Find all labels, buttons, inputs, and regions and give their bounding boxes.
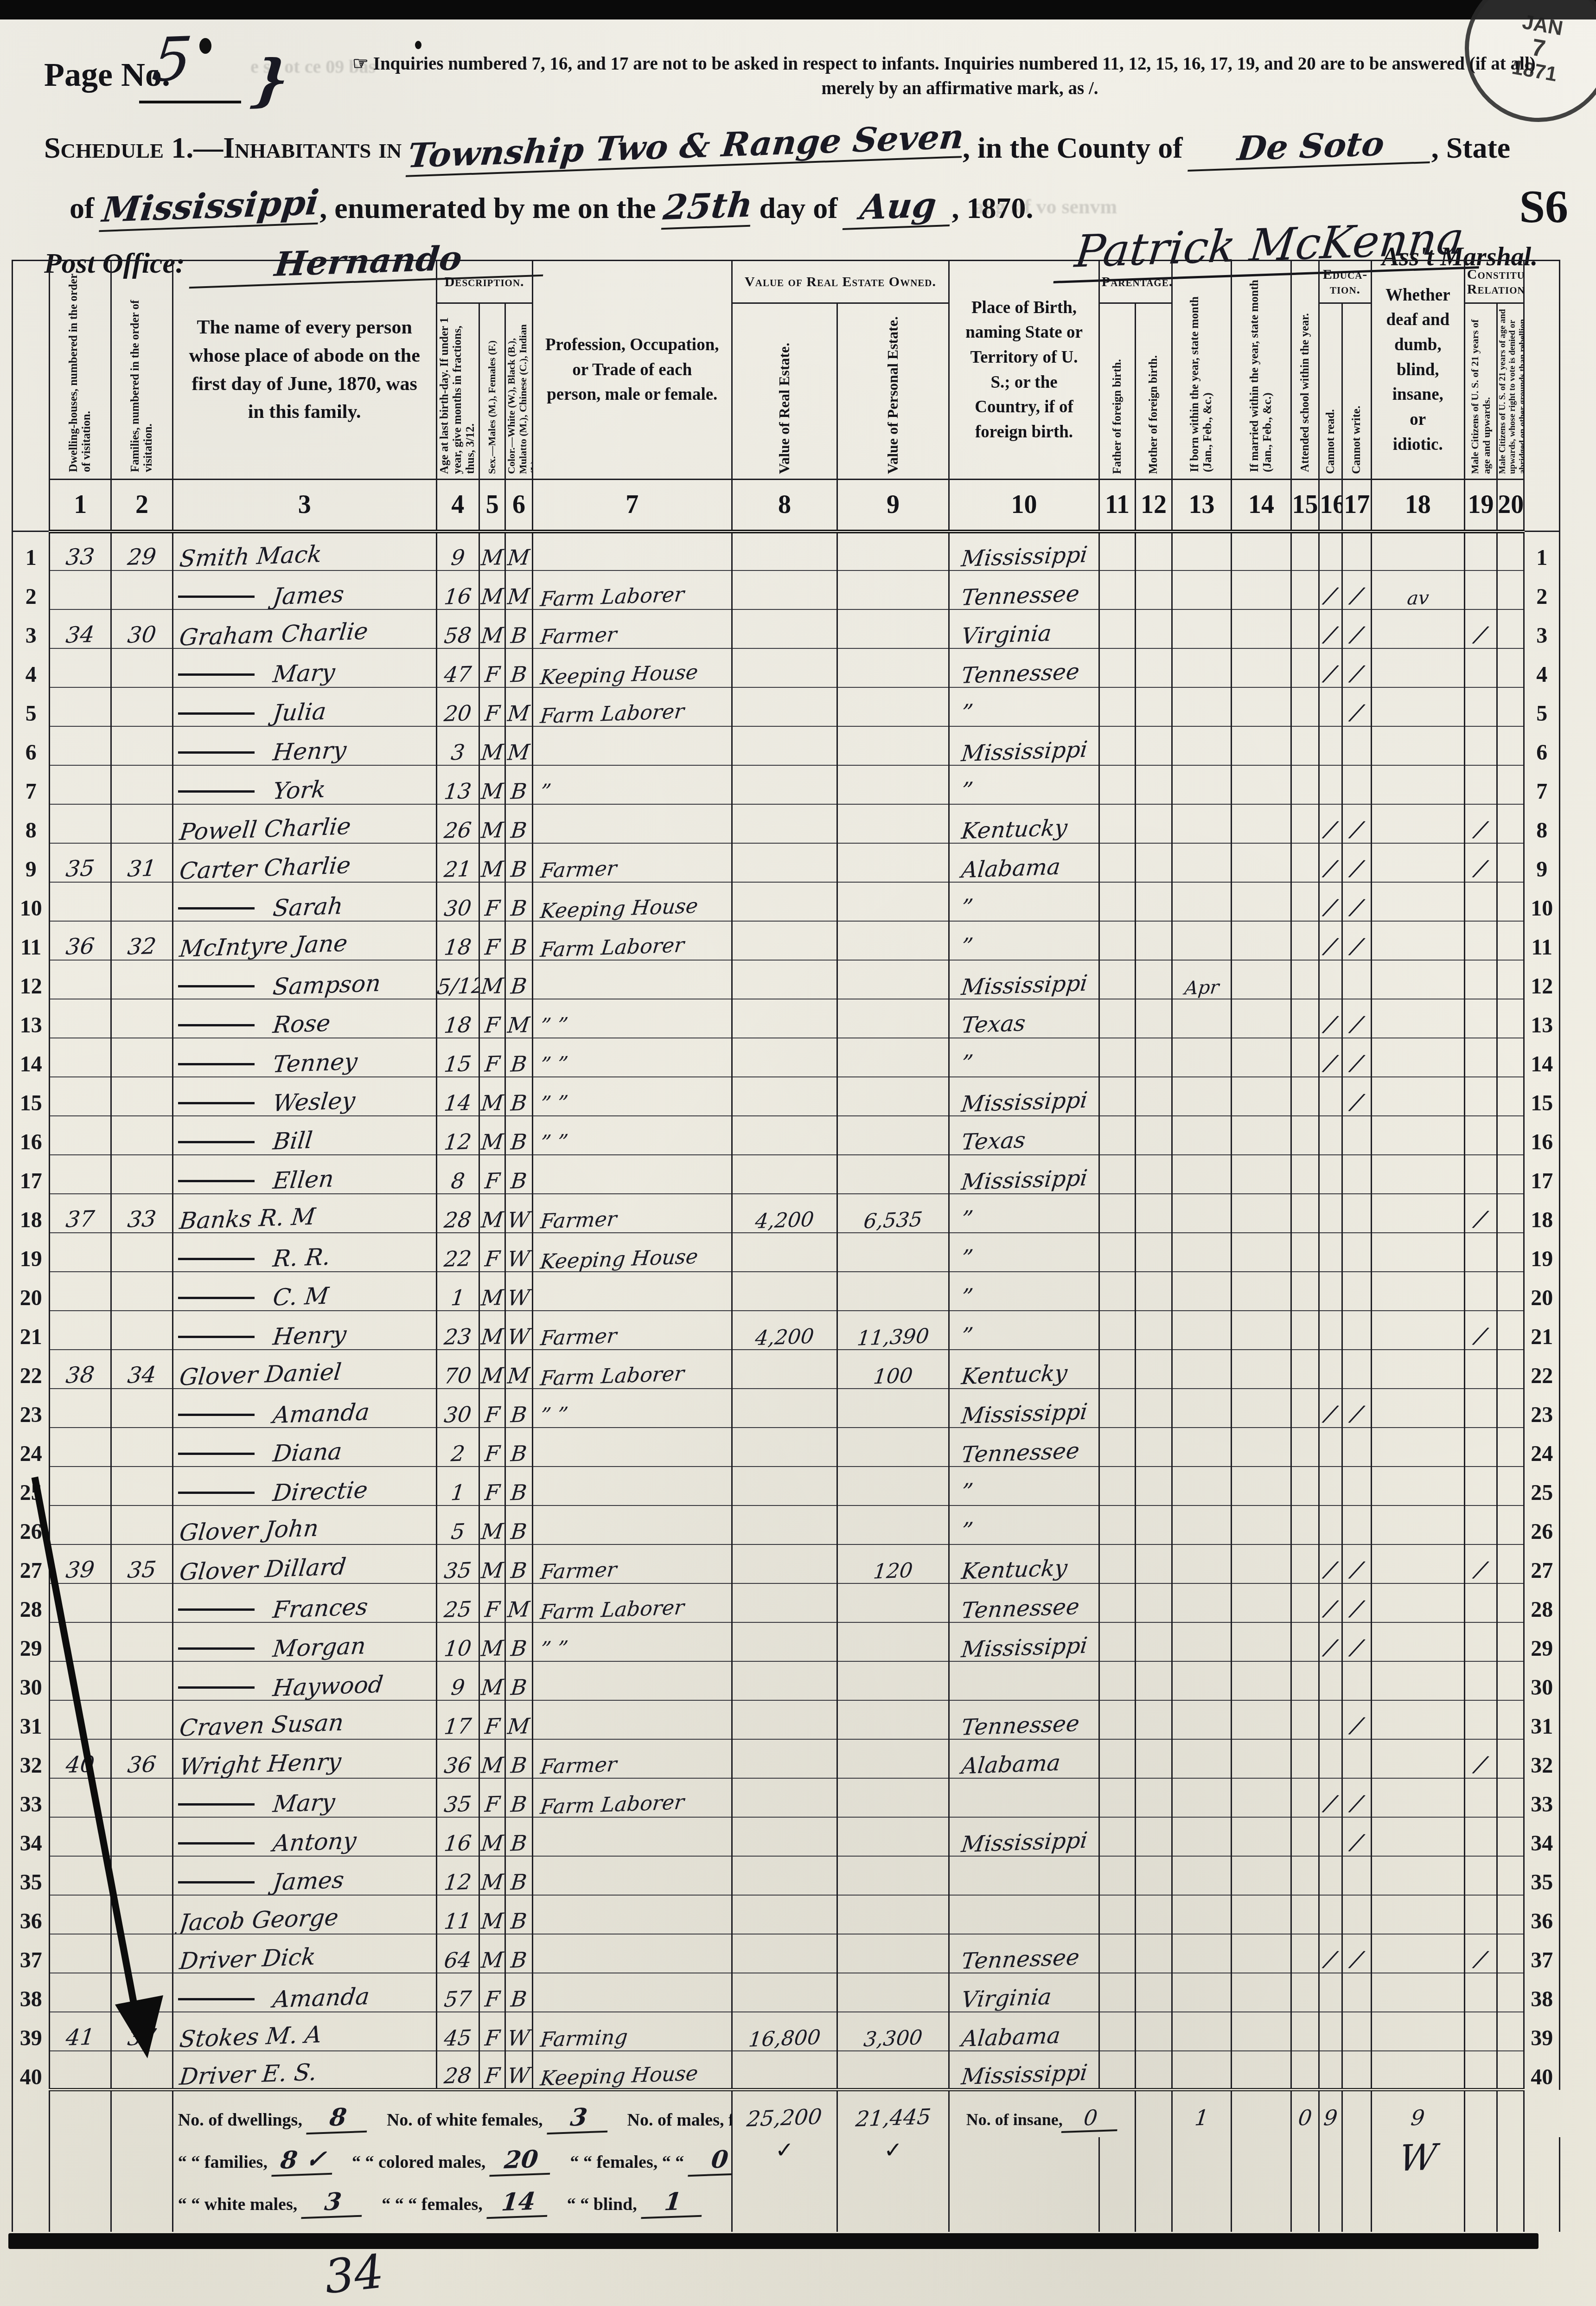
dwelling-number: 33 bbox=[50, 543, 111, 570]
sex-value: M bbox=[480, 1129, 504, 1155]
person-name: Ellen bbox=[265, 1165, 335, 1194]
mark-cell-c17: / bbox=[1342, 921, 1371, 960]
affirmative-tick: / bbox=[1473, 1750, 1489, 1777]
color-value: B bbox=[510, 622, 528, 648]
col-header-father-foreign: Father of foreign birth. bbox=[1099, 303, 1135, 480]
mark-cell-c16 bbox=[1319, 1856, 1342, 1895]
mark-cell-c13 bbox=[1172, 1895, 1232, 1934]
mark-cell-c14 bbox=[1232, 609, 1291, 648]
form-code: S6 bbox=[1519, 179, 1568, 233]
age-cell: 21 bbox=[436, 843, 479, 882]
col-header-deaf-dumb: Whether deaf and dumb, blind, insane, or… bbox=[1371, 261, 1464, 480]
mark-cell-c19 bbox=[1464, 1116, 1497, 1155]
check-mark: ✓ bbox=[775, 2137, 794, 2163]
family-number-cell bbox=[111, 765, 173, 804]
affirmative-tick: / bbox=[1349, 1945, 1365, 1972]
birthplace-cell: ” bbox=[949, 921, 1099, 960]
row-number-left: 16 bbox=[13, 1116, 50, 1155]
color-cell: B bbox=[505, 1895, 532, 1934]
row-number-right: 18 bbox=[1524, 1194, 1560, 1233]
color-cell: B bbox=[505, 1817, 532, 1856]
mark-cell-c15 bbox=[1291, 999, 1319, 1038]
mark-cell-c11 bbox=[1099, 609, 1135, 648]
birthplace-cell: Mississippi bbox=[949, 1817, 1099, 1856]
person-name: Haywood bbox=[265, 1671, 384, 1700]
footer-mark: 1 bbox=[1194, 2105, 1210, 2131]
table-row: 13329Smith Mack9MMMississippi1 bbox=[13, 532, 1560, 570]
mark-cell-c13 bbox=[1172, 687, 1232, 726]
mark-cell-c20 bbox=[1497, 1350, 1524, 1389]
age-cell: 26 bbox=[436, 804, 479, 843]
column-number: 3 bbox=[172, 480, 436, 532]
color-value: B bbox=[510, 1752, 528, 1778]
personal-estate-cell: 6,535 bbox=[837, 1194, 949, 1233]
mark-cell-c14 bbox=[1232, 1077, 1291, 1116]
color-cell: B bbox=[505, 648, 532, 687]
mark-cell-c12 bbox=[1136, 1973, 1172, 2012]
family-number-cell bbox=[111, 1077, 173, 1116]
color-value: B bbox=[510, 1830, 528, 1856]
dwelling-number-cell bbox=[50, 1661, 111, 1700]
mark-cell-c16 bbox=[1319, 1739, 1342, 1778]
mark-cell-c18 bbox=[1371, 609, 1464, 648]
person-name: Powell Charlie bbox=[172, 813, 352, 843]
mark-cell-c18 bbox=[1371, 1622, 1464, 1661]
sex-value: F bbox=[484, 2063, 501, 2088]
occupation-cell: Farmer bbox=[532, 1311, 732, 1350]
mark-cell-c11 bbox=[1099, 960, 1135, 999]
row-number-right: 33 bbox=[1524, 1778, 1560, 1817]
mark-cell-c12 bbox=[1136, 1155, 1172, 1194]
color-value: B bbox=[510, 1908, 528, 1934]
summary-label: “ “ white males, bbox=[178, 2195, 298, 2214]
birthplace-cell: Tennessee bbox=[949, 1700, 1099, 1739]
column-number: 19 bbox=[1464, 480, 1497, 532]
color-value: W bbox=[506, 2063, 531, 2088]
age-value: 3 bbox=[450, 739, 466, 765]
table-row: 19R. R.22FWKeeping House”19 bbox=[13, 1233, 1560, 1272]
occupation-value: Farmer bbox=[532, 1207, 618, 1232]
mark-cell-c17 bbox=[1342, 1194, 1371, 1233]
sex-cell: M bbox=[479, 609, 505, 648]
mark-cell-c19 bbox=[1464, 1856, 1497, 1895]
mark-cell-c12 bbox=[1136, 1544, 1172, 1583]
birthplace-cell: Virginia bbox=[949, 609, 1099, 648]
occupation-cell: ” ” bbox=[532, 999, 732, 1038]
color-cell: B bbox=[505, 1973, 532, 2012]
color-value: M bbox=[507, 1596, 531, 1622]
summary-label: “ “ females, “ “ bbox=[570, 2152, 684, 2172]
footer-blank bbox=[1172, 2137, 1232, 2184]
mark-cell-c20 bbox=[1497, 609, 1524, 648]
sex-cell: F bbox=[479, 687, 505, 726]
sex-value: F bbox=[484, 1596, 501, 1622]
dwelling-number: 41 bbox=[50, 2023, 111, 2050]
row-number-left: 30 bbox=[13, 1661, 50, 1700]
birthplace-cell: Mississippi bbox=[949, 1077, 1099, 1116]
mark-cell-c12 bbox=[1136, 1895, 1172, 1934]
person-name: Glover John bbox=[172, 1514, 319, 1544]
family-number-cell bbox=[111, 1583, 173, 1622]
age-value: 47 bbox=[443, 661, 472, 687]
age-value: 23 bbox=[443, 1323, 472, 1349]
mark-cell-c20 bbox=[1497, 921, 1524, 960]
mark-cell-c18 bbox=[1371, 1661, 1464, 1700]
sex-cell: F bbox=[479, 1428, 505, 1467]
footer-scribble: W bbox=[1397, 2137, 1439, 2179]
family-ditto-dash bbox=[178, 1842, 255, 1845]
group-education: Educa-tion. bbox=[1319, 261, 1372, 303]
family-ditto-dash bbox=[178, 1608, 255, 1611]
color-cell: B bbox=[505, 1116, 532, 1155]
mark-cell-c16: / bbox=[1319, 648, 1342, 687]
footer-blank bbox=[1136, 2137, 1172, 2184]
mark-cell-c20 bbox=[1497, 648, 1524, 687]
row-number-right: 12 bbox=[1524, 960, 1560, 999]
birthplace-cell: Mississippi bbox=[949, 726, 1099, 765]
birthplace-cell: Kentucky bbox=[949, 1544, 1099, 1583]
row-number-left: 37 bbox=[13, 1934, 50, 1973]
birthplace-cell: ” bbox=[949, 882, 1099, 921]
name-cell: Julia bbox=[172, 687, 436, 726]
column-number: 16 bbox=[1319, 480, 1342, 532]
person-name: Amanda bbox=[265, 1398, 370, 1428]
mark-cell-c11 bbox=[1099, 1895, 1135, 1934]
handwritten-mark: av bbox=[1406, 587, 1430, 609]
row-number-left: 36 bbox=[13, 1895, 50, 1934]
mark-cell-c11 bbox=[1099, 570, 1135, 609]
row-number-left: 33 bbox=[13, 1778, 50, 1817]
dwelling-number-cell bbox=[50, 765, 111, 804]
mark-cell-c14 bbox=[1232, 765, 1291, 804]
mark-cell-c19 bbox=[1464, 570, 1497, 609]
mark-cell-c13 bbox=[1172, 1973, 1232, 2012]
mark-cell-c18 bbox=[1371, 1272, 1464, 1311]
color-cell: B bbox=[505, 1077, 532, 1116]
table-row: 25Directie1FB”25 bbox=[13, 1467, 1560, 1505]
age-cell: 58 bbox=[436, 609, 479, 648]
col-header-sex: Sex.—Males (M.), Females (F.) bbox=[479, 303, 505, 480]
mark-cell-c14 bbox=[1232, 1973, 1291, 2012]
footer-blank bbox=[1291, 2184, 1319, 2232]
personal-estate-value: 120 bbox=[872, 1558, 914, 1583]
age-value: 16 bbox=[443, 1830, 472, 1856]
sex-value: M bbox=[480, 622, 504, 648]
footer-blank bbox=[1291, 2137, 1319, 2184]
mark-cell-c18 bbox=[1371, 804, 1464, 843]
mark-cell-c14 bbox=[1232, 921, 1291, 960]
mark-cell-c19: / bbox=[1464, 609, 1497, 648]
birthplace-cell: Virginia bbox=[949, 1973, 1099, 2012]
dwelling-number-cell bbox=[50, 687, 111, 726]
mark-cell-c11 bbox=[1099, 1856, 1135, 1895]
mark-cell-c15 bbox=[1291, 687, 1319, 726]
birthplace-value: Virginia bbox=[949, 1984, 1053, 2012]
mark-cell-c17: / bbox=[1342, 1934, 1371, 1973]
mark-cell-c14 bbox=[1232, 687, 1291, 726]
name-cell: Wright Henry bbox=[172, 1739, 436, 1778]
affirmative-tick: / bbox=[1473, 1556, 1489, 1582]
col-header-married-month: If married within the year, state month … bbox=[1232, 261, 1291, 480]
age-value: 5 bbox=[450, 1518, 466, 1544]
mark-cell-c11 bbox=[1099, 726, 1135, 765]
mark-cell-c13 bbox=[1172, 804, 1232, 843]
color-value: B bbox=[510, 1557, 528, 1583]
dwelling-number: 39 bbox=[50, 1556, 111, 1583]
person-name: Carter Charlie bbox=[172, 852, 352, 882]
row-number-left: 25 bbox=[13, 1467, 50, 1505]
real-estate-cell: 4,200 bbox=[732, 1194, 837, 1233]
occupation-value: ” ” bbox=[532, 1052, 569, 1076]
color-cell: B bbox=[505, 882, 532, 921]
age-cell: 45 bbox=[436, 2012, 479, 2051]
dwelling-number-cell: 37 bbox=[50, 1194, 111, 1233]
row-number-right: 13 bbox=[1524, 999, 1560, 1038]
family-number: 35 bbox=[111, 1556, 173, 1583]
affirmative-tick: / bbox=[1322, 1556, 1339, 1582]
age-cell: 35 bbox=[436, 1544, 479, 1583]
affirmative-tick: / bbox=[1349, 1556, 1365, 1582]
col-header-families: Families, numbered in the order of visit… bbox=[111, 261, 173, 480]
family-ditto-dash bbox=[178, 1881, 255, 1883]
birthplace-value: ” bbox=[949, 894, 975, 921]
mark-cell-c19 bbox=[1464, 1272, 1497, 1311]
color-cell: B bbox=[505, 1661, 532, 1700]
table-row: 15Wesley14MB” ”Mississippi/15 bbox=[13, 1077, 1560, 1116]
color-value: W bbox=[506, 2025, 531, 2051]
dwelling-number-cell bbox=[50, 570, 111, 609]
personal-estate-cell bbox=[837, 1505, 949, 1544]
age-cell: 3 bbox=[436, 726, 479, 765]
footer-blank bbox=[1319, 2184, 1342, 2232]
row-number-right: 34 bbox=[1524, 1817, 1560, 1856]
mark-cell-c20 bbox=[1497, 2012, 1524, 2051]
name-cell: Henry bbox=[172, 726, 436, 765]
occupation-cell bbox=[532, 726, 732, 765]
birthplace-value: ” bbox=[949, 1206, 975, 1233]
family-number: 29 bbox=[111, 543, 173, 570]
mark-cell-c17: / bbox=[1342, 609, 1371, 648]
mark-cell-c15 bbox=[1291, 1505, 1319, 1544]
person-name: Glover Dillard bbox=[172, 1553, 347, 1583]
real-estate-cell bbox=[732, 1116, 837, 1155]
table-row: 273935Glover Dillard35MBFarmer120Kentuck… bbox=[13, 1544, 1560, 1583]
sex-cell: F bbox=[479, 1389, 505, 1428]
affirmative-tick: / bbox=[1322, 932, 1339, 959]
mark-cell-c16: / bbox=[1319, 843, 1342, 882]
real-estate-cell bbox=[732, 1622, 837, 1661]
table-row: 5Julia20FMFarm Laborer”/5 bbox=[13, 687, 1560, 726]
mark-cell-c19: / bbox=[1464, 1194, 1497, 1233]
mark-cell-c20 bbox=[1497, 1583, 1524, 1622]
mark-cell-c20 bbox=[1497, 1934, 1524, 1973]
affirmative-tick: / bbox=[1322, 893, 1339, 920]
sex-value: M bbox=[480, 1869, 504, 1895]
mark-cell-c15 bbox=[1291, 1350, 1319, 1389]
mark-cell-c14 bbox=[1232, 1895, 1291, 1934]
row-number-left: 31 bbox=[13, 1700, 50, 1739]
person-name: Mary bbox=[265, 1788, 336, 1817]
color-cell: W bbox=[505, 2051, 532, 2090]
sex-value: M bbox=[480, 973, 504, 999]
birthplace-cell: Mississippi bbox=[949, 2051, 1099, 2090]
mark-cell-c11 bbox=[1099, 804, 1135, 843]
summary-line: No. of dwellings,8No. of white females,3… bbox=[178, 2103, 731, 2133]
affirmative-tick: / bbox=[1473, 1205, 1489, 1232]
footer-blank bbox=[111, 2090, 173, 2232]
family-number-cell bbox=[111, 882, 173, 921]
birthplace-value: Alabama bbox=[949, 853, 1062, 882]
color-cell: B bbox=[505, 960, 532, 999]
mark-cell-c13 bbox=[1172, 570, 1232, 609]
dwelling-number-cell bbox=[50, 648, 111, 687]
mark-cell-c13 bbox=[1172, 1116, 1232, 1155]
age-value: 2 bbox=[450, 1441, 466, 1466]
mark-cell-c16 bbox=[1319, 1895, 1342, 1934]
mark-cell-c13 bbox=[1172, 726, 1232, 765]
col-header-male-citizens-denied: Male Citizens of U. S. of 21 years of ag… bbox=[1497, 303, 1524, 480]
mark-cell-c11 bbox=[1099, 1233, 1135, 1272]
mark-cell-c17 bbox=[1342, 2012, 1371, 2051]
name-cell: Amanda bbox=[172, 1973, 436, 2012]
mark-cell-c13 bbox=[1172, 1077, 1232, 1116]
col-header-cannot-write: Cannot write. bbox=[1342, 303, 1371, 480]
color-value: B bbox=[510, 1635, 528, 1661]
mark-cell-c20 bbox=[1497, 1428, 1524, 1467]
person-name: Wright Henry bbox=[172, 1748, 342, 1778]
color-value: B bbox=[510, 1441, 528, 1466]
birthplace-value: Tennessee bbox=[949, 659, 1081, 687]
sex-cell: F bbox=[479, 999, 505, 1038]
mark-cell-c14 bbox=[1232, 1661, 1291, 1700]
mark-cell-c13: Apr bbox=[1172, 960, 1232, 999]
affirmative-tick: / bbox=[1349, 698, 1365, 725]
age-cell: 11 bbox=[436, 1895, 479, 1934]
dwelling-number-cell: 36 bbox=[50, 921, 111, 960]
mark-cell-c20 bbox=[1497, 1116, 1524, 1155]
family-number-cell: 32 bbox=[111, 921, 173, 960]
mark-cell-c20 bbox=[1497, 1467, 1524, 1505]
personal-estate-cell bbox=[837, 1778, 949, 1817]
birthplace-value: Mississippi bbox=[949, 1398, 1089, 1427]
age-cell: 28 bbox=[436, 2051, 479, 2090]
column-number: 5 bbox=[479, 480, 505, 532]
color-cell: M bbox=[505, 1583, 532, 1622]
col-header-born-month: If born within the year, state month (Ja… bbox=[1172, 261, 1232, 480]
occupation-value: Farm Laborer bbox=[532, 1790, 685, 1817]
real-estate-cell bbox=[732, 999, 837, 1038]
birthplace-cell: Alabama bbox=[949, 2012, 1099, 2051]
birthplace-cell: ” bbox=[949, 1233, 1099, 1272]
mark-cell-c14 bbox=[1232, 2012, 1291, 2051]
name-cell: Smith Mack bbox=[172, 532, 436, 570]
age-cell: 28 bbox=[436, 1194, 479, 1233]
row-number-right: 30 bbox=[1524, 1661, 1560, 1700]
mark-cell-c18 bbox=[1371, 2051, 1464, 2090]
occupation-cell bbox=[532, 1505, 732, 1544]
mark-cell-c18 bbox=[1371, 1077, 1464, 1116]
sex-cell: F bbox=[479, 1038, 505, 1077]
col-header-cannot-read: Cannot read. bbox=[1319, 303, 1342, 480]
color-value: B bbox=[510, 1168, 528, 1193]
mark-cell-c15 bbox=[1291, 1700, 1319, 1739]
dwelling-number-cell bbox=[50, 1583, 111, 1622]
group-value-owned: Value of Real Estate Owned. bbox=[732, 261, 949, 303]
mark-cell-c16: / bbox=[1319, 999, 1342, 1038]
color-cell: B bbox=[505, 1505, 532, 1544]
name-cell: Antony bbox=[172, 1817, 436, 1856]
real-estate-cell bbox=[732, 1973, 837, 2012]
person-name: James bbox=[265, 581, 345, 609]
affirmative-tick: / bbox=[1349, 582, 1365, 609]
family-number-cell bbox=[111, 1389, 173, 1428]
mark-cell-c12 bbox=[1136, 2051, 1172, 2090]
mark-cell-c16: / bbox=[1319, 1622, 1342, 1661]
real-estate-cell: 16,800 bbox=[732, 2012, 837, 2051]
page-no-underline bbox=[139, 101, 241, 103]
occupation-cell: Farm Laborer bbox=[532, 570, 732, 609]
mark-cell-c14 bbox=[1232, 1778, 1291, 1817]
summary-label: “ “ “ females, bbox=[382, 2195, 482, 2214]
footer-mark-cell: 1 bbox=[1172, 2090, 1232, 2137]
mark-cell-c17: / bbox=[1342, 804, 1371, 843]
age-value: 28 bbox=[443, 1206, 472, 1232]
affirmative-tick: / bbox=[1473, 854, 1489, 881]
age-value: 18 bbox=[443, 1012, 472, 1038]
mark-cell-c19 bbox=[1464, 1233, 1497, 1272]
mark-cell-c15 bbox=[1291, 1272, 1319, 1311]
occupation-value: Farm Laborer bbox=[532, 933, 685, 960]
birthplace-value: Kentucky bbox=[949, 1555, 1069, 1583]
sex-value: M bbox=[480, 1324, 504, 1350]
family-number: 36 bbox=[111, 1750, 173, 1778]
person-name: Glover Daniel bbox=[172, 1358, 343, 1388]
sex-value: M bbox=[480, 1674, 504, 1700]
col-header-mother-foreign: Mother of foreign birth. bbox=[1136, 303, 1172, 480]
color-cell: W bbox=[505, 1272, 532, 1311]
family-ditto-dash bbox=[178, 1453, 255, 1455]
birthplace-value: Alabama bbox=[949, 2022, 1062, 2050]
mark-cell-c16: / bbox=[1319, 1934, 1342, 1973]
dwelling-number-cell bbox=[50, 726, 111, 765]
occupation-value: ” ” bbox=[532, 1403, 569, 1427]
color-value: B bbox=[510, 934, 528, 960]
occupation-cell bbox=[532, 960, 732, 999]
sex-value: F bbox=[484, 895, 501, 921]
mark-cell-c20 bbox=[1497, 1077, 1524, 1116]
occupation-cell bbox=[532, 1467, 732, 1505]
footer-mark-cell bbox=[1232, 2090, 1291, 2137]
color-value: M bbox=[507, 700, 531, 726]
mark-cell-c13 bbox=[1172, 1505, 1232, 1544]
mark-cell-c17 bbox=[1342, 1116, 1371, 1155]
family-number: 32 bbox=[111, 932, 173, 960]
footer-blank bbox=[1319, 2137, 1342, 2184]
family-ditto-dash bbox=[178, 985, 255, 987]
mark-cell-c18 bbox=[1371, 1389, 1464, 1428]
mark-cell-c17 bbox=[1342, 1895, 1371, 1934]
mark-cell-c20 bbox=[1497, 570, 1524, 609]
row-number-left: 13 bbox=[13, 999, 50, 1038]
color-cell: B bbox=[505, 1155, 532, 1194]
mark-cell-c16: / bbox=[1319, 1544, 1342, 1583]
mark-cell-c20 bbox=[1497, 1544, 1524, 1583]
mark-cell-c12 bbox=[1136, 1700, 1172, 1739]
mark-cell-c15 bbox=[1291, 1856, 1319, 1895]
row-number-left: 18 bbox=[13, 1194, 50, 1233]
mark-cell-c15 bbox=[1291, 1973, 1319, 2012]
column-number: 9 bbox=[837, 480, 949, 532]
